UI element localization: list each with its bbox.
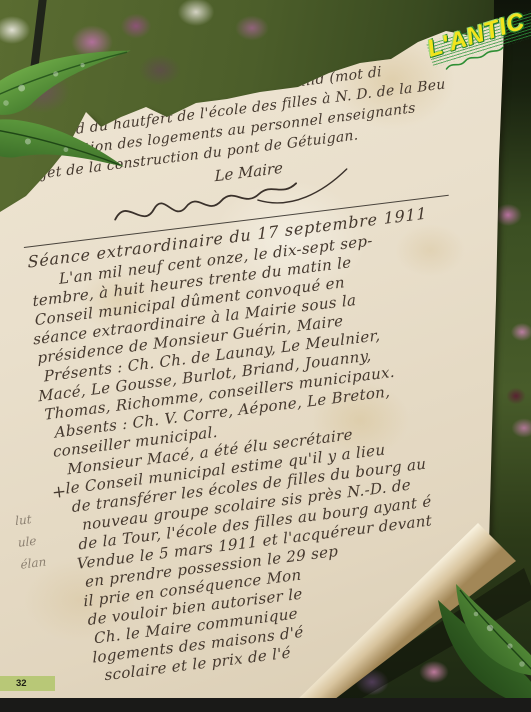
- magazine-page: ement des travaux du fait auà statuer le…: [0, 0, 531, 712]
- page-number-bar: 32: [0, 676, 55, 691]
- leaf-bottom-right-icon: [420, 580, 531, 710]
- page-number: 32: [16, 678, 27, 689]
- bottom-dark-strip: [0, 698, 531, 712]
